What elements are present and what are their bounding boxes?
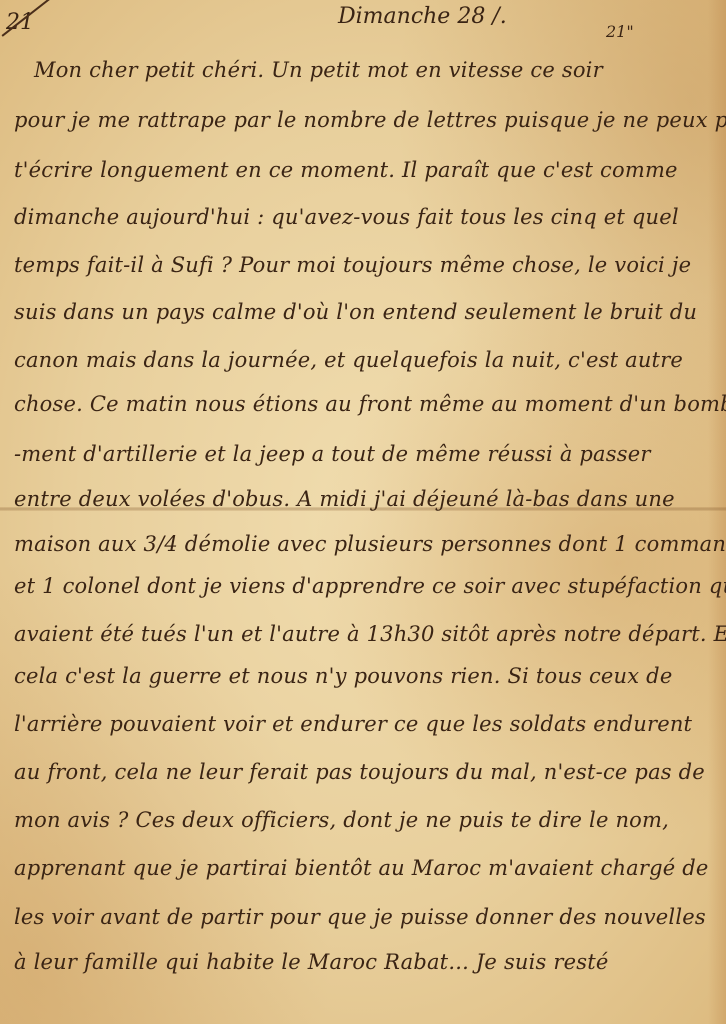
letter-line: chose. Ce matin nous étions au front mêm…: [14, 392, 726, 416]
letter-line: cela c'est la guerre et nous n'y pouvons…: [14, 664, 672, 688]
letter-line: entre deux volées d'obus. A midi j'ai dé…: [14, 487, 675, 511]
letter-line: apprenant que je partirai bientôt au Mar…: [14, 856, 709, 880]
letter-line: avaient été tués l'un et l'autre à 13h30…: [14, 622, 726, 646]
letter-line: canon mais dans la journée, et quelquefo…: [14, 348, 683, 372]
letter-line: au front, cela ne leur ferait pas toujou…: [14, 760, 705, 784]
letter-line: maison aux 3/4 démolie avec plusieurs pe…: [14, 532, 726, 556]
letter-line: les voir avant de partir pour que je pui…: [14, 905, 706, 929]
letter-line: et 1 colonel dont je viens d'apprendre c…: [14, 574, 726, 598]
letter-line: à leur famille qui habite le Maroc Rabat…: [14, 950, 609, 974]
letter-line: Mon cher petit chéri. Un petit mot en vi…: [34, 58, 603, 82]
paper-edge-stain: [708, 0, 726, 1024]
letter-line: dimanche aujourd'hui : qu'avez-vous fait…: [14, 205, 679, 229]
letter-line: temps fait-il à Sufi ? Pour moi toujours…: [14, 253, 691, 277]
letter-line: -ment d'artillerie et la jeep a tout de …: [14, 442, 651, 466]
letter-date: Dimanche 28 /.: [338, 4, 507, 29]
letter-page: 21 Dimanche 28 /. 21" Mon cher petit ché…: [0, 0, 726, 1024]
letter-line: suis dans un pays calme d'où l'on entend…: [14, 300, 697, 324]
corner-number: 21": [606, 22, 634, 41]
letter-line: t'écrire longuement en ce moment. Il par…: [14, 158, 678, 182]
letter-line: l'arrière pouvaient voir et endurer ce q…: [14, 712, 692, 736]
letter-line: pour je me rattrape par le nombre de let…: [14, 108, 726, 132]
letter-line: mon avis ? Ces deux officiers, dont je n…: [14, 808, 669, 832]
